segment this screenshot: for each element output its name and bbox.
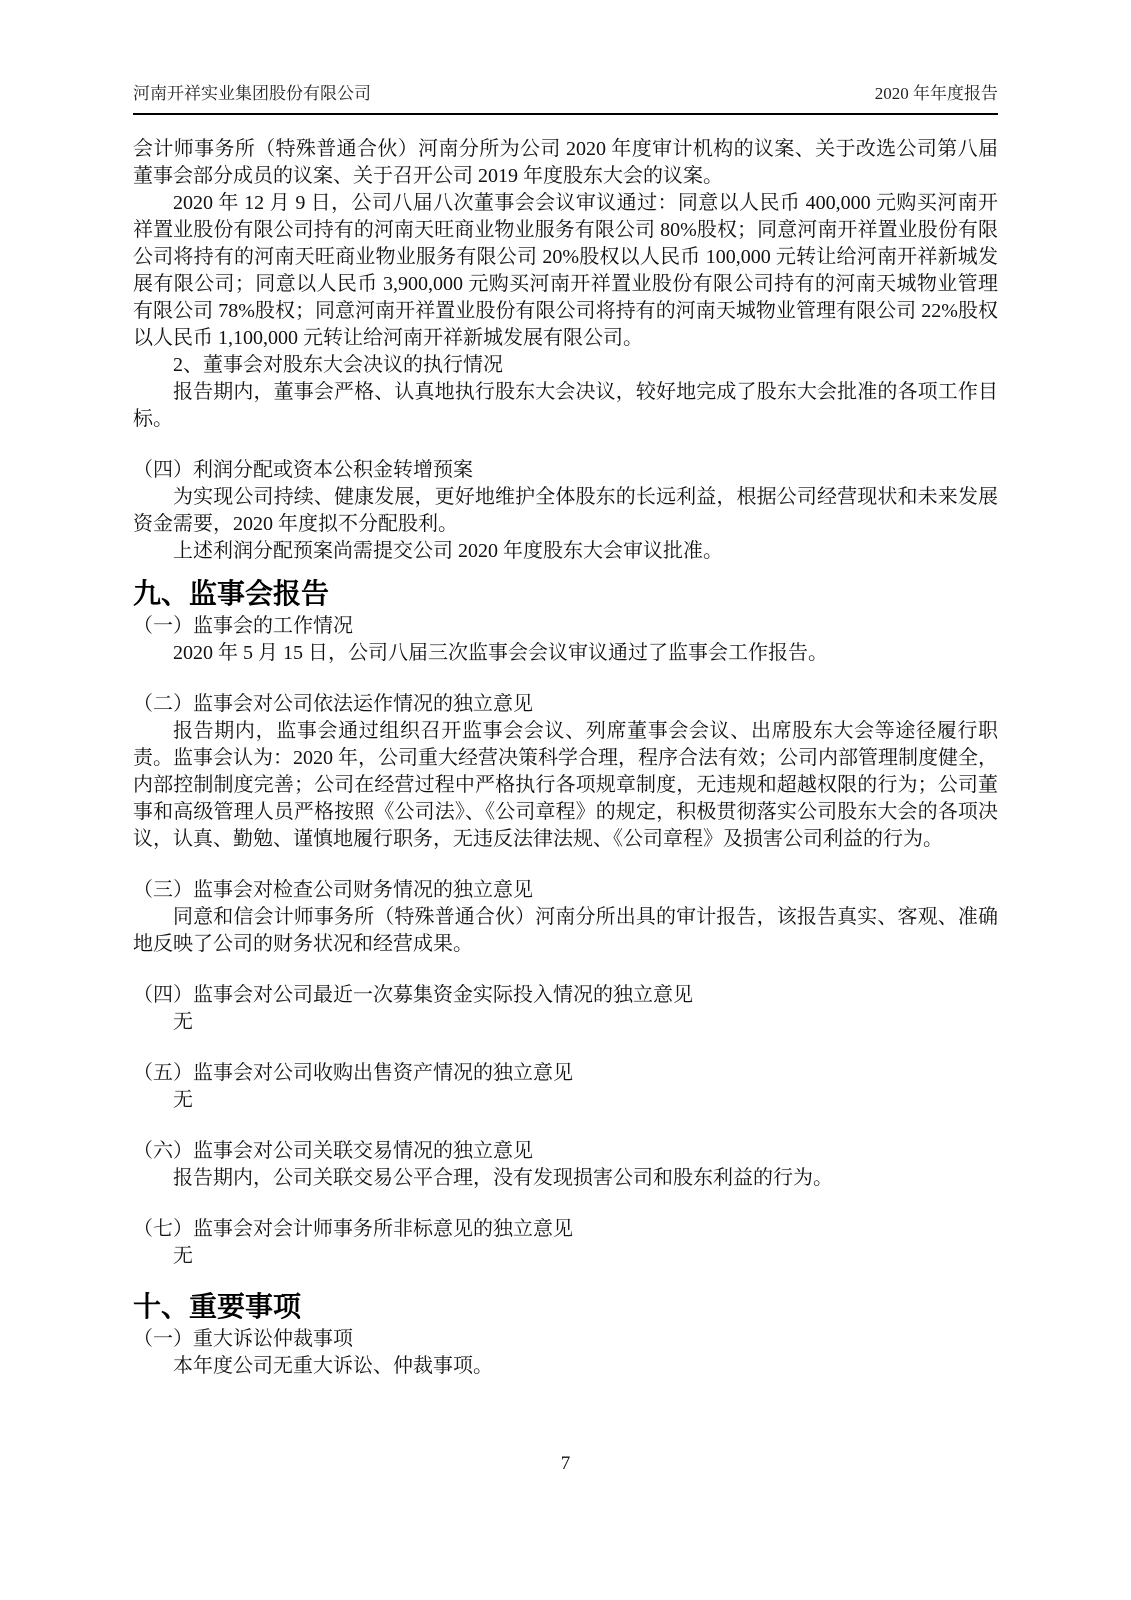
paragraph: 同意和信会计师事务所（特殊普通合伙）河南分所出具的审计报告，该报告真实、客观、准…: [133, 904, 998, 958]
document-body: 会计师事务所（特殊普通合伙）河南分所为公司 2020 年度审计机构的议案、关于改…: [133, 136, 998, 1380]
paragraph: 2020 年 12 月 9 日，公司八届八次董事会会议审议通过：同意以人民币 4…: [133, 190, 998, 352]
paragraph: 报告期内，董事会严格、认真地执行股东大会决议，较好地完成了股东大会批准的各项工作…: [133, 379, 998, 433]
paragraph: 2、董事会对股东大会决议的执行情况: [133, 352, 998, 379]
section-heading-10: 十、重要事项: [133, 1290, 998, 1326]
section-label: （六）监事会对公司关联交易情况的独立意见: [133, 1138, 998, 1165]
section-label: （四）监事会对公司最近一次募集资金实际投入情况的独立意见: [133, 982, 998, 1009]
section-label: （三）监事会对检查公司财务情况的独立意见: [133, 877, 998, 904]
section-heading-9: 九、监事会报告: [133, 577, 998, 613]
paragraph: 报告期内，监事会通过组织召开监事会会议、列席董事会会议、出席股东大会等途径履行职…: [133, 718, 998, 853]
paragraph: 本年度公司无重大诉讼、仲裁事项。: [133, 1353, 998, 1380]
paragraph: 报告期内，公司关联交易公平合理，没有发现损害公司和股东利益的行为。: [133, 1165, 998, 1192]
paragraph: 会计师事务所（特殊普通合伙）河南分所为公司 2020 年度审计机构的议案、关于改…: [133, 136, 998, 190]
page-number: 7: [0, 1453, 1131, 1475]
paragraph: 2020 年 5 月 15 日，公司八届三次监事会会议审议通过了监事会工作报告。: [133, 640, 998, 667]
section-label: （二）监事会对公司依法运作情况的独立意见: [133, 691, 998, 718]
paragraph: 为实现公司持续、健康发展，更好地维护全体股东的长远利益，根据公司经营现状和未来发…: [133, 484, 998, 538]
document-page: 河南开祥实业集团股份有限公司 2020 年年度报告 会计师事务所（特殊普通合伙）…: [0, 0, 1131, 1600]
section-label: （一）重大诉讼仲裁事项: [133, 1326, 998, 1353]
header-rule: [133, 113, 998, 115]
company-name: 河南开祥实业集团股份有限公司: [133, 83, 371, 105]
paragraph: 无: [133, 1243, 998, 1270]
section-label: （四）利润分配或资本公积金转增预案: [133, 457, 998, 484]
paragraph: 无: [133, 1009, 998, 1036]
section-label: （七）监事会对会计师事务所非标意见的独立意见: [133, 1216, 998, 1243]
section-label: （一）监事会的工作情况: [133, 613, 998, 640]
paragraph: 无: [133, 1087, 998, 1114]
report-title: 2020 年年度报告: [875, 83, 998, 105]
page-header: 河南开祥实业集团股份有限公司 2020 年年度报告: [133, 83, 998, 105]
section-label: （五）监事会对公司收购出售资产情况的独立意见: [133, 1060, 998, 1087]
paragraph: 上述利润分配预案尚需提交公司 2020 年度股东大会审议批准。: [133, 538, 998, 565]
